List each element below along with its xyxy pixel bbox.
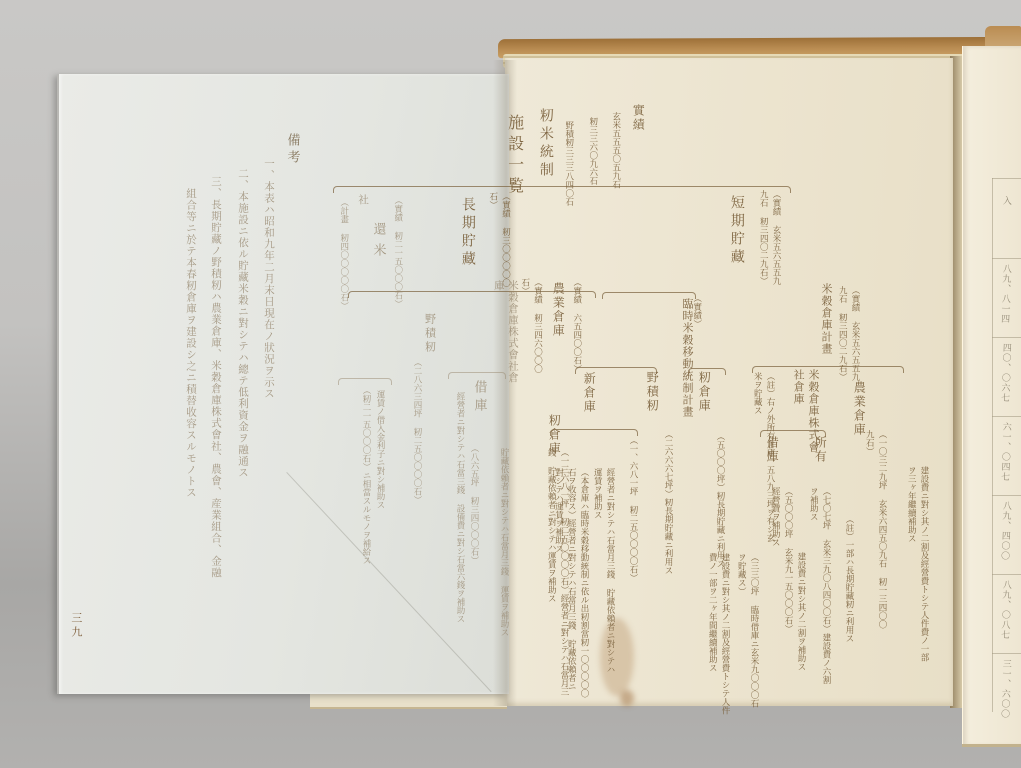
node-kanmai-label: 還米 bbox=[369, 222, 387, 264]
bracket-level1 bbox=[333, 186, 791, 193]
table-cell-0: 入 bbox=[1000, 196, 1013, 206]
table-cell-2: 四〇、〇六七 bbox=[998, 343, 1013, 403]
node-kanmai-actual-note: （實績 籾二一五〇〇〇石） bbox=[391, 196, 404, 316]
book-photograph: 備考 一、本表ハ昭和九年二月末日現在ノ狀況ヲ示ス 二、本施設ニ依ル貯藏米穀ニ對シ… bbox=[0, 0, 1021, 768]
table-cell-1: 八九、八一四 bbox=[998, 264, 1013, 324]
node-nozumi-mid-label: 野積籾 bbox=[644, 371, 660, 413]
node-short-term-note: （實績 玄米五六五五九九石 籾三四〇二九石） bbox=[752, 190, 782, 285]
remarks-note-2: 二、本施設ニ依ル貯藏米穀ニ對シテハ總テ低利資金ヲ融通ス bbox=[230, 168, 250, 648]
node-momigura-fold-note: （本倉庫ハ臨時米穀移動統制ニ依ル出籾割當籾一〇〇〇〇〇石ヲ收容ス）經營者ニ對シテ… bbox=[550, 468, 590, 698]
table-grid-h4 bbox=[992, 495, 1021, 496]
remarks-note-3: 三、長期貯藏ノ野積籾ハ農業倉庫、米穀倉庫株式會社、農會、産業組合、金融 bbox=[203, 176, 223, 676]
node-shoyu-label: 所有 bbox=[812, 436, 828, 464]
table-grid-h3 bbox=[992, 416, 1021, 417]
node-shakko-left-note: （八六五坪 籾三四〇〇〇石） bbox=[452, 444, 480, 654]
results-label: 實績 bbox=[630, 104, 646, 132]
node-kanmai-prefix: 社 bbox=[356, 194, 370, 206]
table-cell-4: 八九、四〇〇 bbox=[998, 501, 1013, 561]
age-stain-small bbox=[620, 690, 634, 706]
table-grid-h2 bbox=[992, 337, 1021, 338]
node-kanmai-sub-funding: 運賃ノ借入金利子ニ對シ補助ス bbox=[364, 390, 386, 650]
next-page-bottom-edge bbox=[962, 744, 1021, 747]
node-nogyo-right-sub: 建設費ニ對シ其ノ二割及經營費トシテ人件費ノ一部ヲ三ヶ年繼續補助ス bbox=[886, 466, 930, 666]
table-cell-3: 六一、〇四七 bbox=[998, 422, 1013, 482]
node-rinji-note: （實績） bbox=[690, 294, 703, 354]
node-long-term-note: （實績 籾三〇〇〇〇〇石） bbox=[486, 192, 512, 292]
node-shinchiku-right-sub2: 建設費ニ對シ其ノ二割ヲ補助ス bbox=[793, 552, 807, 702]
bracket-shinsoko bbox=[550, 429, 638, 436]
remarks-note-4: 組合等ニ於テ本春籾倉庫ヲ建設シ之ニ積替收容スルモノトス bbox=[178, 188, 198, 688]
node-beikoku-left-label: 米穀倉庫株式會社倉庫 bbox=[488, 280, 520, 390]
table-cell-5: 八九、〇八七 bbox=[998, 580, 1013, 640]
node-kanmai-plan-note: （計畫 籾四〇〇〇〇〇石） bbox=[337, 198, 350, 328]
remarks-header: 備考 bbox=[283, 133, 301, 167]
node-keikaku-label: 米穀倉庫計畫 bbox=[815, 283, 833, 378]
node-nogyo-right-label: 農業倉庫 bbox=[851, 381, 867, 437]
node-shinchiku-right-note: （三三〇坪 臨時借庫ニ玄米九〇〇〇石ヲ貯藏ス） bbox=[734, 553, 760, 708]
node-nozumi-mid-note: （二六六六七坪）籾長期貯藏ニ利用ス bbox=[650, 430, 674, 640]
node-nogyo-right-subnote: （註）一部ハ長期貯藏籾ニ利用ス bbox=[837, 515, 855, 690]
table-cell-6: 三一、六〇〇 bbox=[998, 659, 1013, 719]
table-grid-h5 bbox=[992, 574, 1021, 575]
table-grid-h6 bbox=[992, 653, 1021, 654]
node-shinchiku-right-sub: 建設費ニ對シ其ノ二割及經營費トシテ人件費ノ一部ヲ二ヶ年間繼續補助ス bbox=[697, 553, 731, 718]
node-momigura-mid-label: 籾倉庫 bbox=[696, 371, 712, 413]
page-number: 三九 bbox=[68, 612, 83, 640]
node-shakko-right-note: （五〇〇〇坪 玄米九一五〇〇〇石）經營費ヲ補助ス bbox=[770, 487, 794, 637]
node-shakko-left-sub: 貯藏依賴者ニ對シテハ石當月三錢 運賃ヲ補助ス bbox=[482, 448, 510, 683]
node-long-term-label: 長期貯藏 bbox=[458, 197, 477, 269]
node-shinsoko-sub: 經營者ニ對シテハ石當月三錢 貯藏依賴者ニ對シテハ運賃ヲ補助ス bbox=[588, 468, 616, 678]
bracket-kanmai-sub bbox=[338, 378, 392, 385]
node-nozumi-left-note: （二八六三四坪 籾二五〇〇〇〇石） bbox=[391, 358, 423, 588]
under-page-sliver bbox=[310, 692, 507, 709]
node-nogyo-right-note: （一〇三二九坪 玄米六四五〇九石 籾一三四〇〇九石） bbox=[862, 430, 888, 630]
node-shinsoko-note: （一、六八一坪 籾二五〇〇〇〇石） bbox=[613, 436, 639, 596]
node-nogyo-left-note: （實績 六五四〇〇石） bbox=[570, 278, 583, 373]
results-value-nozumi: 野積籾三三三八四〇石 bbox=[562, 121, 575, 221]
table-grid-h0 bbox=[992, 178, 1021, 179]
node-shakko-left-label: 借庫 bbox=[470, 380, 488, 416]
chart-title-col1: 籾米統制 bbox=[536, 108, 555, 180]
remarks-note-1: 一、本表ハ昭和九年二月末日現在ノ狀況ヲ示ス bbox=[256, 158, 276, 628]
node-shakko-right-label: 借庫 bbox=[764, 436, 780, 464]
results-value-momi: 籾三三六〇九六石 bbox=[586, 117, 599, 212]
node-shinsoko-label: 新倉庫 bbox=[581, 372, 597, 414]
node-short-term-label: 短期貯藏 bbox=[727, 195, 746, 267]
node-beikoku-left-note: （實績 籾三四六〇〇〇石） bbox=[518, 278, 544, 378]
node-shoyu-note: （七〇七坪 玄米三九〇八四〇〇石）建設費ノ六割ヲ補助ス bbox=[806, 487, 832, 687]
node-nogyo-left-label: 農業倉庫 bbox=[550, 282, 566, 338]
node-nozumi-left-label: 野積籾 bbox=[421, 313, 438, 355]
table-grid-h1 bbox=[992, 258, 1021, 259]
node-momigura-fold-label: 籾倉庫 bbox=[546, 414, 562, 456]
